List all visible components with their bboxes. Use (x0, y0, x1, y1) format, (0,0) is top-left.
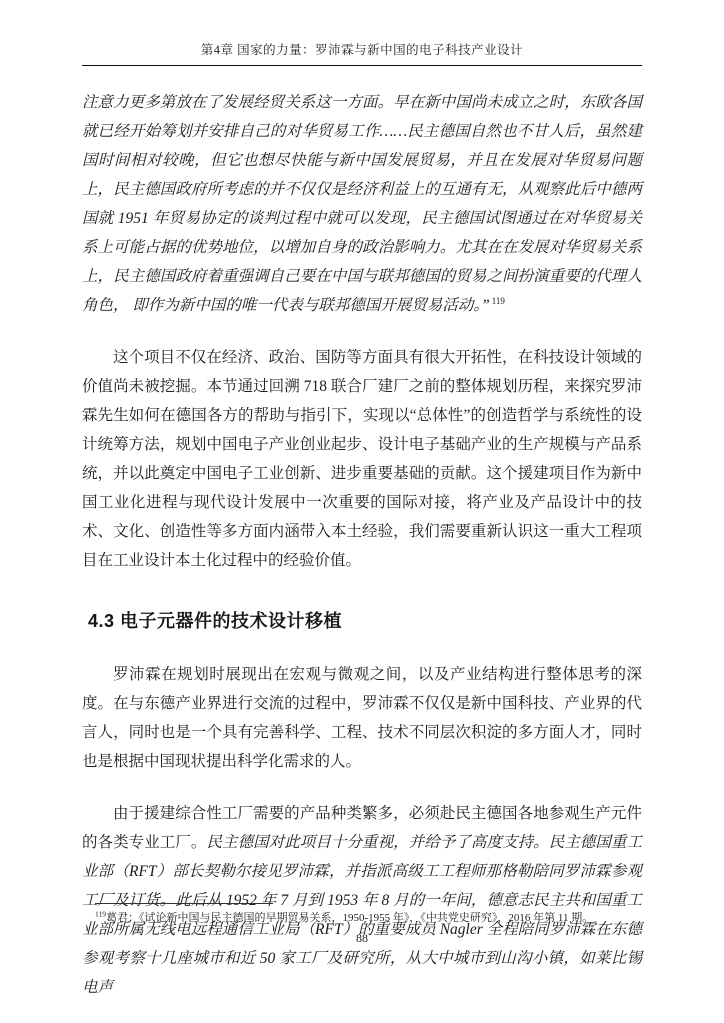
footnote-text: 葛君：《试论新中国与民主德国的早期贸易关系，1950-1955 年》，《中共党史… (106, 912, 593, 924)
footnote-separator-rule (95, 903, 273, 904)
chapter-header-title: 第4章 国家的力量：罗沛霖与新中国的电子科技产业设计 (82, 40, 642, 58)
section-heading: 4.3 电子元器件的技术设计移植 (88, 607, 642, 636)
footnote-area: 119葛君：《试论新中国与民主德国的早期贸易关系，1950-1955 年》，《中… (82, 903, 642, 946)
document-page: 第4章 国家的力量：罗沛霖与新中国的电子科技产业设计 注意力更多第放在了发展经贸… (0, 0, 724, 1023)
page-number: 88 (82, 931, 642, 946)
quote-paragraph-text: 注意力更多第放在了发展经贸关系这一方面。早在新中国尚未成立之时，东欧各国就已经开… (82, 94, 642, 314)
paragraph-4: 由于援建综合性工厂需要的产品种类繁多，必须赴民主德国各地参观生产元件的各类专业工… (82, 799, 642, 1002)
footnote-marker: 119 (95, 909, 106, 918)
paragraph-2: 这个项目不仅在经济、政治、国防等方面具有很大开拓性，在科技设计领域的价值尚未被挖… (82, 343, 642, 575)
body-text: 注意力更多第放在了发展经贸关系这一方面。早在新中国尚未成立之时，东欧各国就已经开… (82, 88, 642, 1002)
header-rule (82, 65, 642, 66)
paragraph-3: 罗沛霖在规划时展现出在宏观与微观之间，以及产业结构进行整体思考的深度。在与东德产… (82, 660, 642, 776)
footnote-reference[interactable]: 119 (492, 296, 505, 306)
page-header: 第4章 国家的力量：罗沛霖与新中国的电子科技产业设计 (82, 0, 642, 66)
quote-paragraph: 注意力更多第放在了发展经贸关系这一方面。早在新中国尚未成立之时，东欧各国就已经开… (82, 88, 642, 320)
footnote: 119葛君：《试论新中国与民主德国的早期贸易关系，1950-1955 年》，《中… (82, 910, 642, 926)
